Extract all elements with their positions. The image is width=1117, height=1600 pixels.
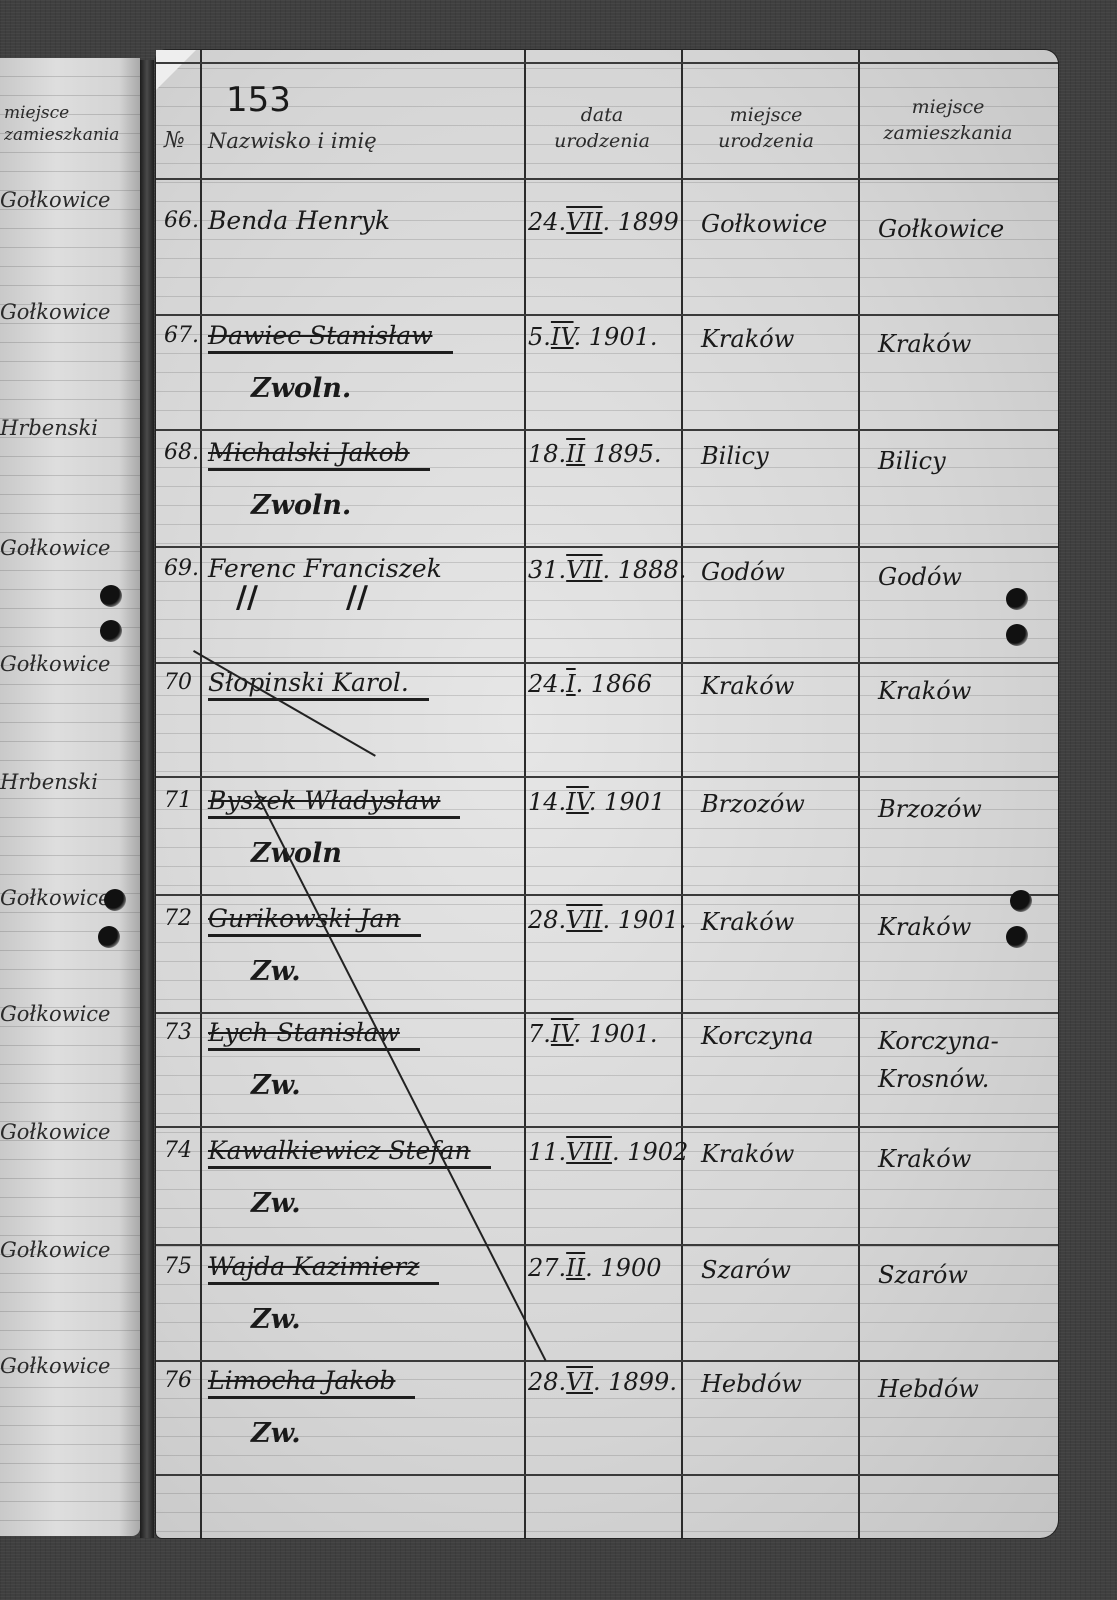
birth-date-month: VI	[566, 1368, 593, 1396]
table-row: 72Gurikowski Jan28.VII. 1901.KrakówKrakó…	[156, 898, 1058, 1014]
birth-date: 24.I. 1866	[528, 670, 652, 698]
entry-number: 67.	[164, 323, 199, 348]
birth-date-year: 1895.	[585, 440, 661, 468]
birth-date-year: . 1901.	[574, 1020, 658, 1048]
birth-date-day: 18.	[528, 440, 566, 468]
column-header-residence: miejsce zamieszkania	[868, 94, 1028, 146]
birth-place: Hebdów	[701, 1370, 802, 1398]
entry-number: 68.	[164, 440, 199, 465]
corner-fold	[156, 50, 196, 90]
birth-place: Kraków	[701, 325, 794, 353]
table-row: 75Wajda Kazimierz27.II. 1900SzarówSzarów…	[156, 1246, 1058, 1362]
birth-date-year: . 1899.	[593, 1368, 677, 1396]
prev-header-line-2: zamieszkania	[4, 124, 142, 146]
punch-hole	[104, 889, 126, 911]
row-divider	[156, 62, 1058, 64]
prev-header-line-1: miejsce	[4, 102, 142, 124]
birth-date-day: 31.	[528, 556, 566, 584]
page-number: 153	[226, 80, 291, 120]
birth-date: 28.VII. 1901.	[528, 906, 686, 934]
punch-hole	[100, 585, 122, 607]
entry-number: 70	[164, 670, 192, 695]
birth-date-day: 14.	[528, 788, 566, 816]
punch-hole	[98, 926, 120, 948]
prev-entry: Gołkowice	[0, 652, 138, 676]
birth-date-day: 7.	[528, 1020, 551, 1048]
birth-date: 31.VII. 1888.	[528, 556, 686, 584]
birth-date-year: . 1888.	[602, 556, 686, 584]
birth-date-year: . 1901	[589, 788, 665, 816]
prev-entry: Gołkowice	[0, 188, 138, 212]
person-name: Limocha Jakob	[208, 1366, 415, 1399]
residence: Bilicy	[878, 442, 1048, 480]
person-name: Kawalkiewicz Stefan	[208, 1136, 491, 1169]
previous-page-strip: miejsce zamieszkania Gołkowice Gołkowice…	[0, 58, 140, 1536]
residence: Brzozów	[878, 790, 1048, 828]
entry-number: 76	[164, 1368, 192, 1393]
prev-entry: Gołkowice	[0, 300, 138, 324]
birth-date-year: . 1901.	[602, 906, 686, 934]
birth-date-month: II	[566, 1254, 585, 1282]
register-page: 153 № Nazwisko i imię data urodzenia mie…	[156, 50, 1058, 1538]
birth-date-day: 24.	[528, 670, 566, 698]
header-line: data	[542, 102, 662, 128]
prev-entry: Gołkowice	[0, 1120, 138, 1144]
birth-date-year: . 1866	[576, 670, 652, 698]
birth-date-month: I	[566, 670, 575, 698]
ditto-mark: //	[346, 580, 368, 615]
person-name: Michalski Jakob	[208, 438, 430, 471]
birth-date-month: IV	[566, 788, 589, 816]
person-name: Ferenc Franciszek	[208, 554, 442, 583]
header-line: urodzenia	[542, 128, 662, 154]
birth-date-year: . 1899	[602, 208, 678, 236]
table-row: 66.Benda Henryk24.VII. 1899GołkowiceGołk…	[156, 200, 1058, 316]
status-note: Zw.	[251, 1418, 301, 1449]
birth-place: Kraków	[701, 1140, 794, 1168]
residence: Kraków	[878, 672, 1048, 710]
status-note: Zwoln.	[251, 490, 351, 521]
punch-hole	[100, 620, 122, 642]
birth-place: Kraków	[701, 672, 794, 700]
punch-hole	[1010, 890, 1032, 912]
entry-number: 66.	[164, 208, 199, 233]
status-note: Zwoln	[251, 838, 342, 869]
status-note: Zw.	[251, 1188, 301, 1219]
row-divider	[156, 429, 1058, 431]
prev-entry: Gołkowice	[0, 536, 138, 560]
status-note: Zw.	[251, 1304, 301, 1335]
status-note: Zwoln.	[251, 373, 351, 404]
table-row: 73Łych Stanisław7.IV. 1901.KorczynaKorcz…	[156, 1012, 1058, 1128]
birth-date: 18.II 1895.	[528, 440, 661, 468]
birth-date-month: VII	[566, 208, 602, 236]
birth-date: 5.IV. 1901.	[528, 323, 658, 351]
table-row: 68.Michalski Jakob18.II 1895.BilicyBilic…	[156, 432, 1058, 548]
residence: Szarów	[878, 1256, 1048, 1294]
header-divider	[156, 178, 1058, 180]
birth-place: Gołkowice	[701, 210, 827, 238]
residence: Kraków	[878, 1140, 1048, 1178]
ditto-mark: //	[236, 580, 258, 615]
entry-number: 75	[164, 1254, 192, 1279]
row-divider	[156, 776, 1058, 778]
table-row: 67.Dawiec Stanisław5.IV. 1901.KrakówKrak…	[156, 315, 1058, 431]
column-header-number: №	[164, 128, 185, 154]
prev-entry: Gołkowice	[0, 1354, 138, 1378]
birth-place: Godów	[701, 558, 785, 586]
residence: Korczyna-Krosnów.	[878, 1022, 1048, 1098]
prev-entry: Hrbenski	[0, 416, 138, 440]
punch-hole	[1006, 624, 1028, 646]
person-name: Łych Stanisław	[208, 1018, 420, 1051]
column-header-birth-date: data urodzenia	[542, 102, 662, 154]
book-binding	[140, 60, 154, 1538]
person-name: Wajda Kazimierz	[208, 1252, 439, 1285]
table-row: 70Słopinski Karol.24.I. 1866KrakówKraków	[156, 662, 1058, 778]
birth-date-year: . 1902	[612, 1138, 688, 1166]
birth-date-day: 28.	[528, 1368, 566, 1396]
birth-place: Bilicy	[701, 442, 769, 470]
table-row: 71Byszek Władysław14.IV. 1901BrzozówBrzo…	[156, 780, 1058, 896]
birth-date-month: VII	[566, 906, 602, 934]
entry-number: 74	[164, 1138, 192, 1163]
header-line: zamieszkania	[868, 120, 1028, 146]
residence: Kraków	[878, 325, 1048, 363]
birth-date-day: 5.	[528, 323, 551, 351]
birth-date: 7.IV. 1901.	[528, 1020, 658, 1048]
person-name: Benda Henryk	[208, 206, 390, 235]
table-row: 69.Ferenc Franciszek31.VII. 1888.GodówGo…	[156, 548, 1058, 664]
birth-place: Brzozów	[701, 790, 805, 818]
prev-page-header: miejsce zamieszkania	[4, 102, 142, 146]
birth-date-year: . 1900	[585, 1254, 661, 1282]
header-line: urodzenia	[696, 128, 836, 154]
header-line: miejsce	[696, 102, 836, 128]
birth-place: Szarów	[701, 1256, 791, 1284]
birth-date: 14.IV. 1901	[528, 788, 665, 816]
birth-place: Kraków	[701, 908, 794, 936]
residence: Gołkowice	[878, 210, 1048, 248]
column-header-birth-place: miejsce urodzenia	[696, 102, 836, 154]
birth-date-month: II	[566, 440, 585, 468]
person-name: Dawiec Stanisław	[208, 321, 453, 354]
person-name: Byszek Władysław	[208, 786, 460, 819]
entry-number: 71	[164, 788, 192, 813]
birth-date-month: VIII	[566, 1138, 612, 1166]
prev-entry: Gołkowice	[0, 1002, 138, 1026]
row-divider	[156, 1474, 1058, 1476]
residence: Hebdów	[878, 1370, 1048, 1408]
birth-place: Korczyna	[701, 1022, 814, 1050]
birth-date-month: IV	[551, 323, 574, 351]
birth-date-day: 27.	[528, 1254, 566, 1282]
birth-date: 28.VI. 1899.	[528, 1368, 677, 1396]
birth-date: 11.VIII. 1902	[528, 1138, 688, 1166]
birth-date-day: 28.	[528, 906, 566, 934]
table-row: 74Kawalkiewicz Stefan11.VIII. 1902Kraków…	[156, 1130, 1058, 1246]
punch-hole	[1006, 926, 1028, 948]
status-note: Zw.	[251, 1070, 301, 1101]
column-header-name: Nazwisko i imię	[208, 128, 377, 154]
person-name: Słopinski Karol.	[208, 668, 429, 701]
birth-date: 27.II. 1900	[528, 1254, 661, 1282]
birth-date-day: 11.	[528, 1138, 566, 1166]
row-divider	[156, 894, 1058, 896]
birth-date: 24.VII. 1899	[528, 208, 679, 236]
row-divider	[156, 1126, 1058, 1128]
punch-hole	[1006, 588, 1028, 610]
table-row: 76Limocha Jakob28.VI. 1899.HebdówHebdówZ…	[156, 1360, 1058, 1476]
birth-date-year: . 1901.	[574, 323, 658, 351]
header-line: miejsce	[868, 94, 1028, 120]
birth-date-month: VII	[566, 556, 602, 584]
entry-number: 72	[164, 906, 192, 931]
prev-entry: Hrbenski	[0, 770, 138, 794]
entry-number: 73	[164, 1020, 192, 1045]
birth-date-day: 24.	[528, 208, 566, 236]
prev-entry: Gołkowice	[0, 1238, 138, 1262]
entry-number: 69.	[164, 556, 199, 581]
status-note: Zw.	[251, 956, 301, 987]
birth-date-month: IV	[551, 1020, 574, 1048]
